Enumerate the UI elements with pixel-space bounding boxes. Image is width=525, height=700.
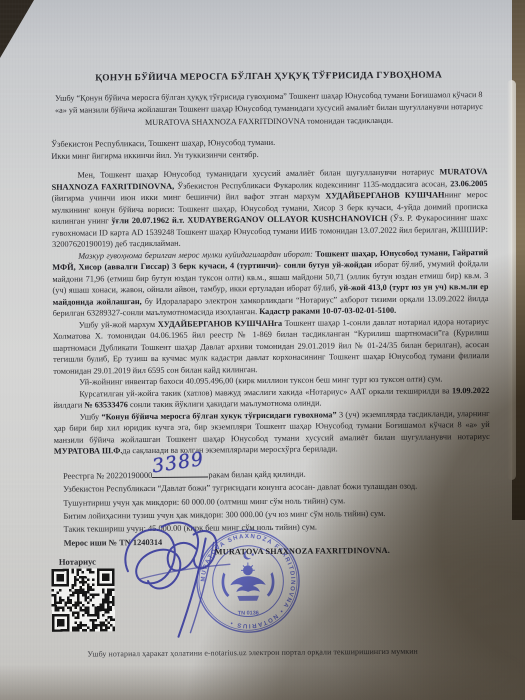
document-photo: ҚОНУН БЎЙИЧА МЕРОСГА БЎЛГАН ҲУҚУҚ ТЎҒРИС… (0, 0, 525, 700)
paragraph-ownership: Ушбу уй-жой мархум ХУДАЙБЕРГАНОВ КУШЧАНг… (53, 316, 489, 377)
qr-code (49, 568, 118, 632)
paragraph-copies: Ушбу “Конун бўйича меросга бўлган хукук … (54, 408, 490, 458)
certificate-page: ҚОНУН БЎЙИЧА МЕРОСГА БЎЛГАН ҲУҚУҚ ТЎҒРИС… (0, 0, 525, 700)
registry-suffix: ракам билан қайд қилинди. (208, 469, 305, 479)
handwritten-registry-number: 3389 (151, 450, 206, 477)
notary-signature (109, 508, 300, 650)
date-line: Икки минг йигирма иккинчи йил. Ун туккиз… (51, 147, 487, 163)
paragraph-property: Мазкур гувоҳнома берилган мерос мулки ку… (52, 247, 489, 320)
notary-printed-name: MURATOVA SHAXNOZA FAXRITDINOVNA. (215, 546, 390, 557)
paragraph-heir: Мен, Тошкент шаҳар Юнусобод туманидаги х… (51, 166, 488, 250)
intro-paragraph: Ушбу “Қонун бўйича меросга бўлган ҳуқуқ … (51, 89, 487, 130)
certificate-title: ҚОНУН БЎЙИЧА МЕРОСГА БЎЛГАН ҲУҚУҚ ТЎҒРИС… (51, 70, 487, 84)
registry-number-slot: 3389 (152, 467, 208, 477)
registry-prefix: Реестрга № 20220190000 (63, 471, 152, 481)
